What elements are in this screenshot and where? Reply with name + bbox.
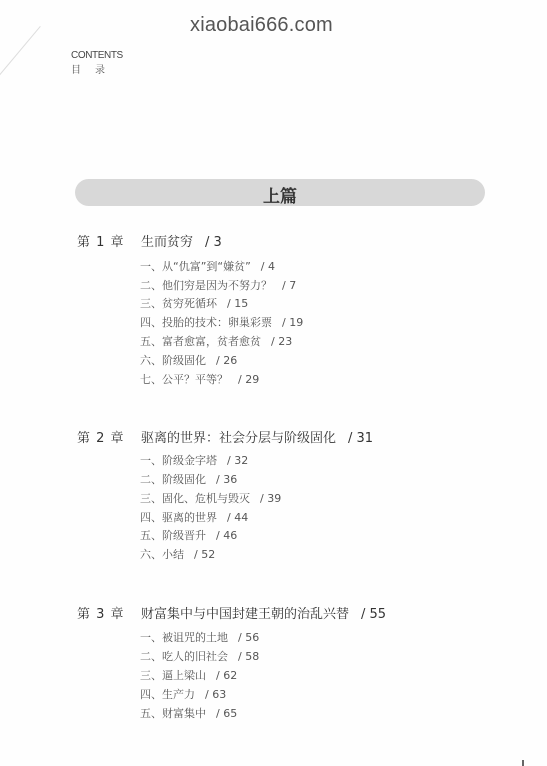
contents-heading-en: CONTENTS (71, 50, 123, 61)
toc-item[interactable]: 四、驱离的世界/ 44 (140, 509, 248, 525)
chapter-number: 第 2 章 (77, 427, 141, 446)
chapter-number: 第 1 章 (77, 231, 141, 250)
toc-item[interactable]: 二、吃人的旧社会/ 58 (140, 648, 259, 664)
page-corner-mark (522, 760, 524, 766)
watermark: xiaobai666.com (190, 14, 333, 37)
section-page: / 39 (260, 492, 281, 505)
section-page: / 52 (194, 548, 215, 561)
part-banner: 上篇 (75, 179, 485, 206)
section-label: 五、财富集中 (140, 707, 206, 720)
section-label: 五、阶级晋升 (140, 529, 206, 542)
part-title: 上篇 (75, 182, 485, 207)
section-label: 三、固化、危机与毁灭 (140, 492, 250, 505)
section-page: / 62 (216, 669, 237, 682)
section-label: 四、驱离的世界 (140, 511, 217, 524)
chapter-page: / 55 (361, 607, 386, 622)
toc-item[interactable]: 六、阶级固化/ 26 (140, 352, 237, 368)
toc-item[interactable]: 一、阶级金字塔/ 32 (140, 452, 248, 468)
toc-item[interactable]: 七、公平？平等？/ 29 (140, 371, 259, 387)
chapter-title: 生而贫穷 (141, 235, 193, 250)
section-label: 一、阶级金字塔 (140, 454, 217, 467)
section-label: 三、逼上梁山 (140, 669, 206, 682)
section-page: / 65 (216, 707, 237, 720)
chapter-page: / 31 (348, 431, 373, 446)
chapter-title: 驱离的世界：社会分层与阶级固化 (141, 431, 336, 446)
section-page: / 4 (261, 260, 275, 273)
section-page: / 46 (216, 529, 237, 542)
section-page: / 26 (216, 354, 237, 367)
chapter-heading[interactable]: 第 2 章驱离的世界：社会分层与阶级固化/ 31 (77, 427, 373, 446)
section-page: / 56 (238, 631, 259, 644)
toc-item[interactable]: 二、他们穷是因为不努力？/ 7 (140, 277, 296, 293)
section-page: / 29 (238, 373, 259, 386)
section-page: / 36 (216, 473, 237, 486)
toc-item[interactable]: 四、生产力/ 63 (140, 686, 226, 702)
toc-item[interactable]: 四、投胎的技术：卵巢彩票/ 19 (140, 314, 303, 330)
toc-item[interactable]: 三、贫穷死循环/ 15 (140, 295, 248, 311)
section-label: 二、阶级固化 (140, 473, 206, 486)
chapter-number: 第 3 章 (77, 603, 141, 622)
section-label: 三、贫穷死循环 (140, 297, 217, 310)
toc-item[interactable]: 一、被诅咒的土地/ 56 (140, 629, 259, 645)
section-label: 六、小结 (140, 548, 184, 561)
section-label: 四、投胎的技术：卵巢彩票 (140, 316, 272, 329)
section-page: / 32 (227, 454, 248, 467)
section-page: / 58 (238, 650, 259, 663)
decorative-line (0, 26, 41, 80)
section-label: 二、他们穷是因为不努力？ (140, 279, 272, 292)
toc-item[interactable]: 二、阶级固化/ 36 (140, 471, 237, 487)
chapter-title: 财富集中与中国封建王朝的治乱兴替 (141, 607, 349, 622)
section-page: / 15 (227, 297, 248, 310)
toc-item[interactable]: 一、从“仇富”到“嫌贫”/ 4 (140, 258, 275, 274)
toc-item[interactable]: 五、财富集中/ 65 (140, 705, 237, 721)
section-page: / 23 (271, 335, 292, 348)
section-page: / 63 (205, 688, 226, 701)
section-label: 四、生产力 (140, 688, 195, 701)
section-label: 一、从“仇富”到“嫌贫” (140, 260, 251, 273)
toc-item[interactable]: 六、小结/ 52 (140, 546, 215, 562)
toc-item[interactable]: 三、固化、危机与毁灭/ 39 (140, 490, 281, 506)
section-label: 七、公平？平等？ (140, 373, 228, 386)
section-page: / 7 (282, 279, 296, 292)
toc-item[interactable]: 三、逼上梁山/ 62 (140, 667, 237, 683)
section-page: / 19 (282, 316, 303, 329)
chapter-page: / 3 (205, 235, 222, 250)
section-label: 二、吃人的旧社会 (140, 650, 228, 663)
chapter-heading[interactable]: 第 3 章财富集中与中国封建王朝的治乱兴替/ 55 (77, 603, 386, 622)
section-label: 一、被诅咒的土地 (140, 631, 228, 644)
contents-heading-zh: 目录 (71, 61, 119, 76)
section-label: 五、富者愈富，贫者愈贫 (140, 335, 261, 348)
section-label: 六、阶级固化 (140, 354, 206, 367)
chapter-heading[interactable]: 第 1 章生而贫穷/ 3 (77, 231, 222, 250)
section-page: / 44 (227, 511, 248, 524)
toc-item[interactable]: 五、阶级晋升/ 46 (140, 527, 237, 543)
toc-item[interactable]: 五、富者愈富，贫者愈贫/ 23 (140, 333, 292, 349)
